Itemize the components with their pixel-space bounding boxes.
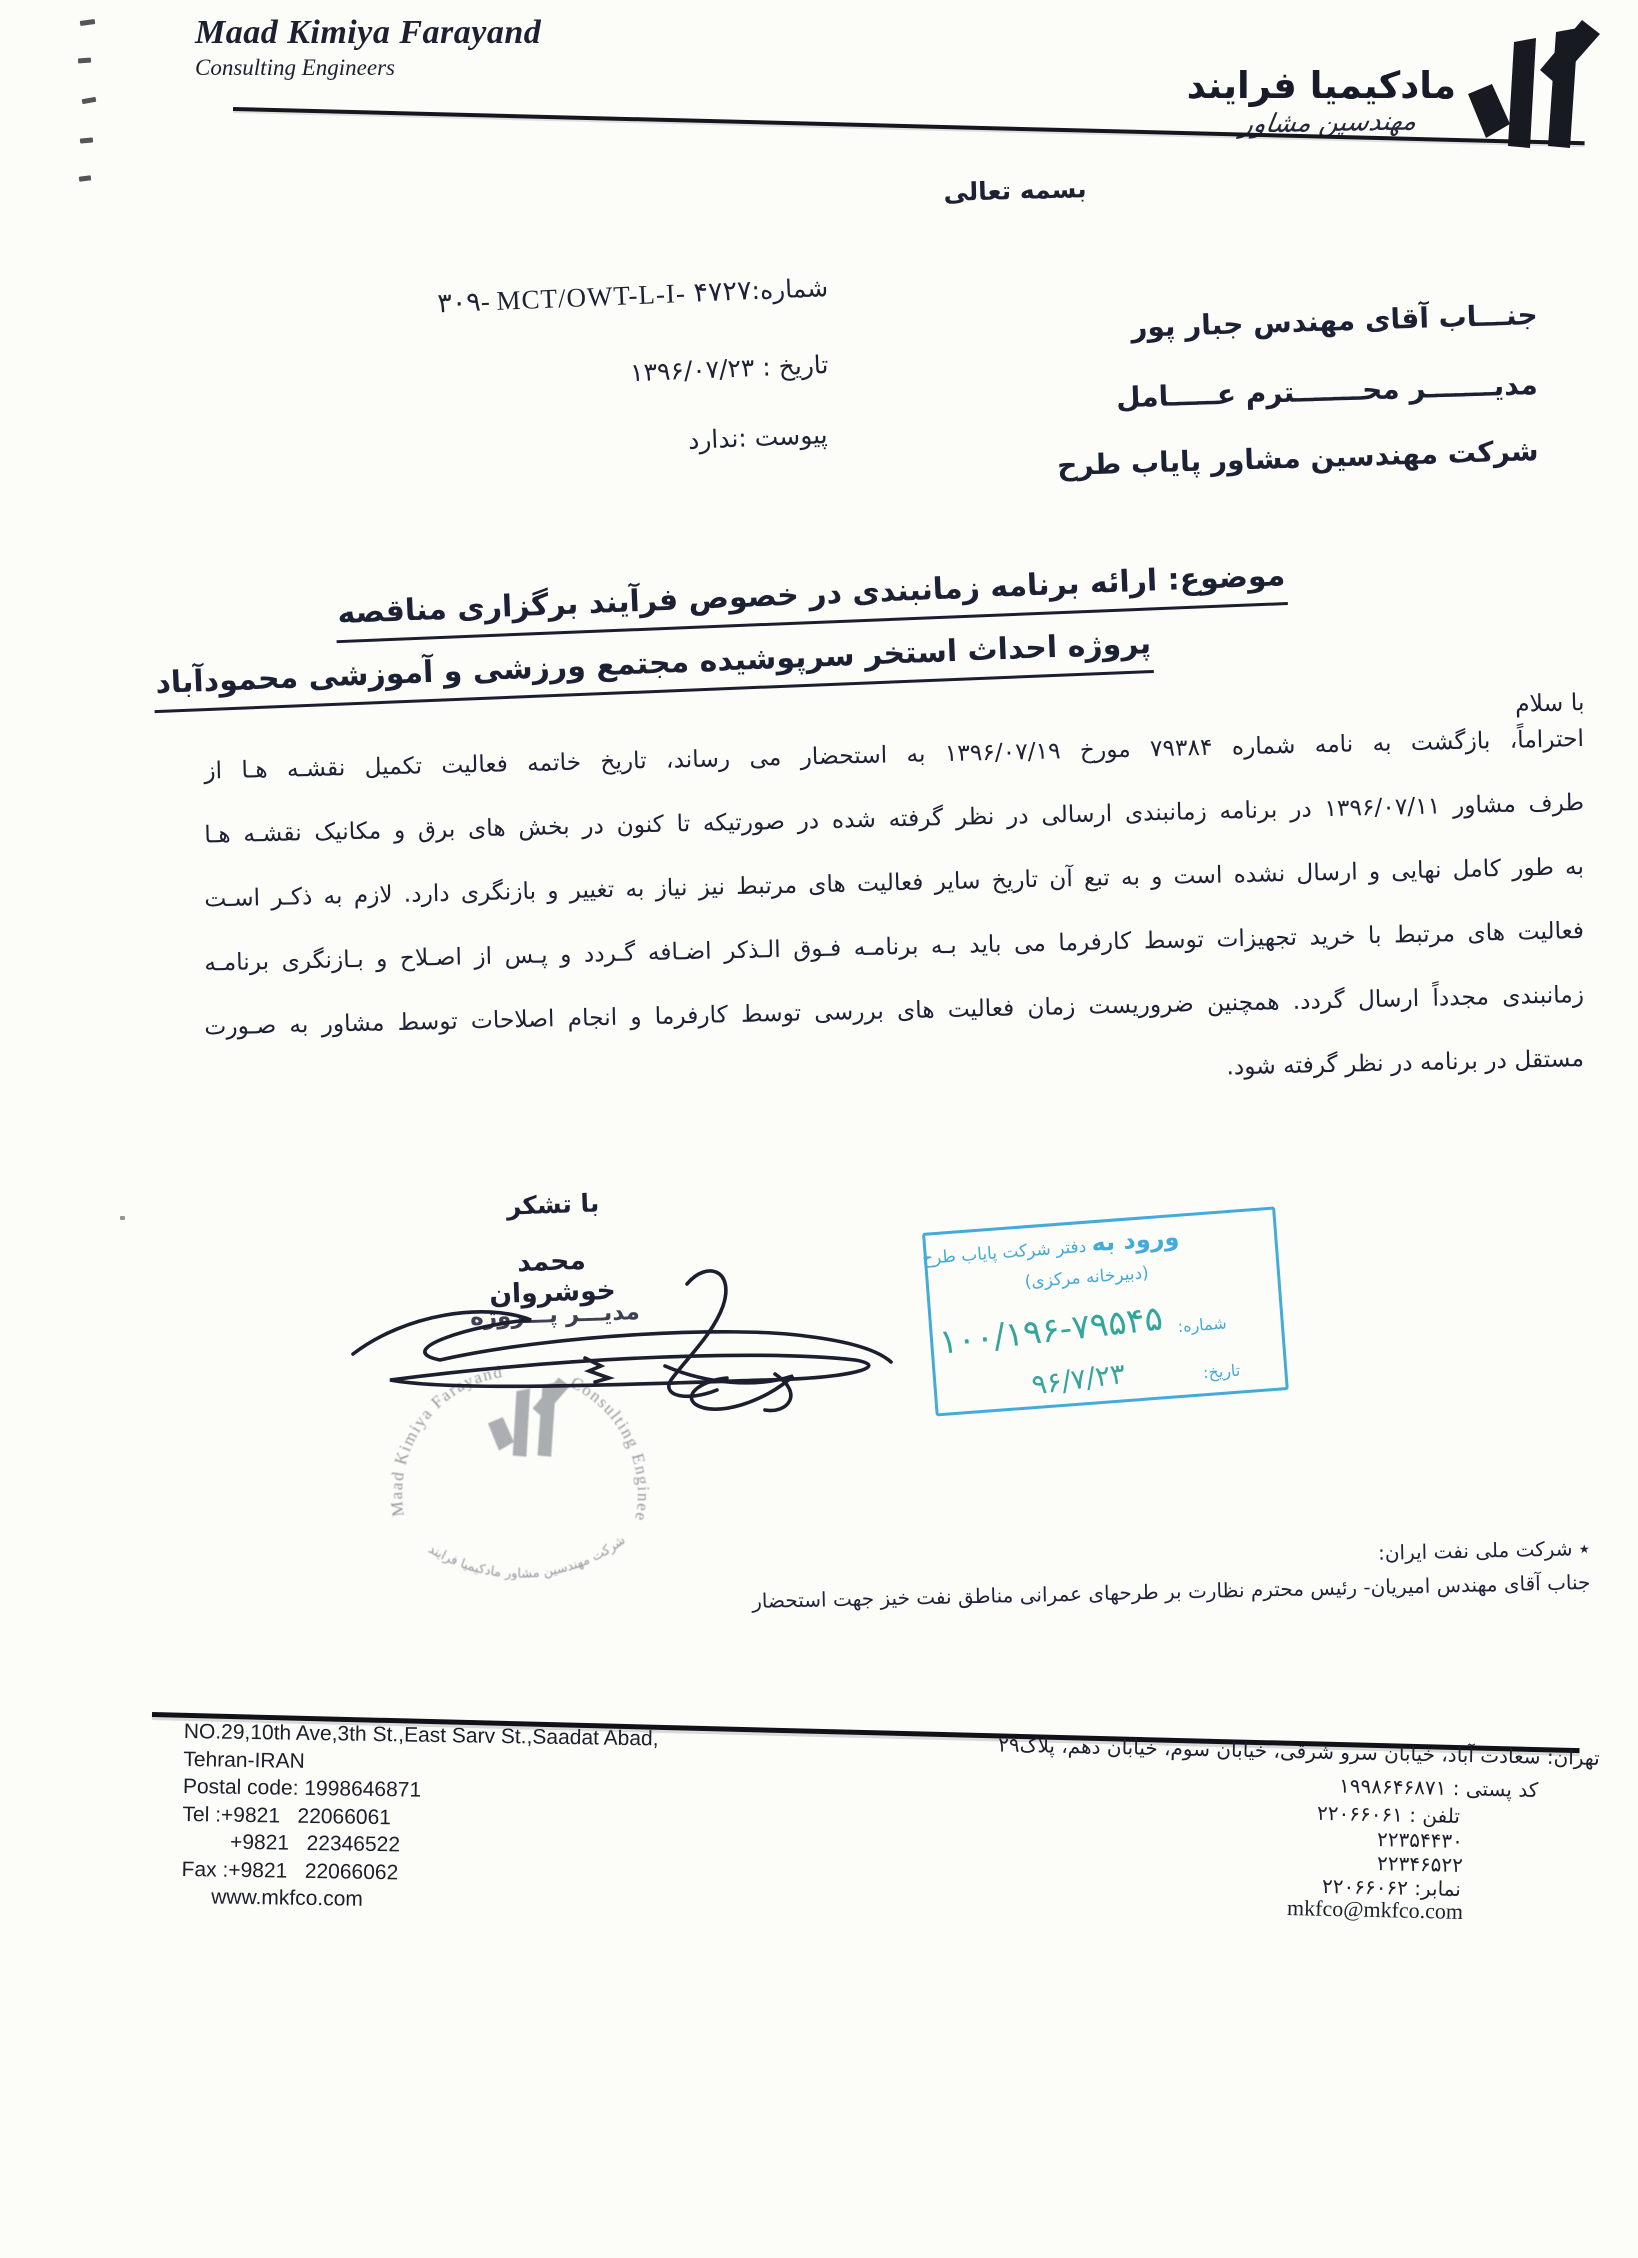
footer-fa-address: تهران: سعادت آباد، خیابان سرو شرقی، خیاب… <box>998 1732 1600 1770</box>
entry-stamp-subtitle: (دبیرخانه مرکزی) <box>1024 1263 1149 1292</box>
entry-stamp-number-label: شماره: <box>1177 1313 1227 1336</box>
stamp-arc-bottom-text: شرکت مهندسین مشاور مادکیمیا فرایند <box>426 1533 629 1580</box>
entry-stamp-date-value: ۹۶/۷/۲۳ <box>1030 1357 1127 1402</box>
footer-address-english: NO.29,10th Ave,3th St.,East Sarv St.,Saa… <box>181 1720 659 1920</box>
footer-email: mkfco@mkfco.com <box>1287 1895 1464 1925</box>
body-line: زمانبندی مجدداً ارسال گردد. همچنین ضروری… <box>204 978 1584 1045</box>
company-logo-mark-icon <box>1452 8 1602 153</box>
recipient-company: شرکت مهندسین مشاور پایاب طرح <box>1056 434 1538 482</box>
letter-number-value: ۳۰۹- MCT/OWT-L-I- ۴۷۲۷ <box>437 275 752 318</box>
entry-stamp-date-label: تاریخ: <box>1202 1361 1241 1383</box>
body-line: احتراماً، بازگشت به نامه شماره ۷۹۳۸۴ مور… <box>204 722 1584 789</box>
letter-attachment-line: پیوست :ندارد <box>688 420 829 455</box>
body-line: فعالیت های مرتبط با خرید تجهیزات توسط کا… <box>204 914 1584 981</box>
body-line: طرف مشاور ۱۳۹۶/۰۷/۱۱ در برنامه زمانبندی … <box>204 786 1584 853</box>
scan-artifact <box>80 137 93 143</box>
invocation-besmellah: بسمه تعالی <box>930 174 1101 207</box>
letter-number-line: شماره:۳۰۹- MCT/OWT-L-I- ۴۷۲۷ <box>437 272 829 319</box>
company-name-english: Maad Kimiya Farayand <box>195 14 541 52</box>
footer-website: www.mkfco.com <box>181 1885 656 1916</box>
footer-en-postal-code: Postal code: 1998646871 <box>183 1775 658 1806</box>
footer-en-address-line2: Tehran-IRAN <box>183 1747 658 1778</box>
letter-date-value: ۱۳۹۶/۰۷/۲۳ <box>629 353 754 387</box>
company-tagline-english: Consulting Engineers <box>195 55 541 81</box>
footer-en-tel-1: Tel :+9821 22066061 <box>182 1802 657 1833</box>
svg-text:شرکت مهندسین مشاور مادکیمیا فر: شرکت مهندسین مشاور مادکیمیا فرایند <box>426 1533 629 1580</box>
subject-line-2: پروژه احداث استخر سرپوشیده مجتمع ورزشی و… <box>152 626 1153 713</box>
scan-artifact <box>120 1216 125 1220</box>
scan-artifact <box>78 58 91 64</box>
footer-fa-tel-2: ۲۲۳۵۴۴۳۰ <box>1377 1827 1463 1853</box>
letterhead-english: Maad Kimiya Farayand Consulting Engineer… <box>195 14 541 81</box>
footer-fa-tel-3: ۲۲۳۴۶۵۲۲ <box>1377 1851 1463 1877</box>
scanned-letter-page: Maad Kimiya Farayand Consulting Engineer… <box>0 0 1638 2258</box>
letter-attachment-value: ندارد <box>688 424 739 455</box>
cc-recipient-org: ٭ شرکت ملی نفت ایران: <box>1378 1536 1590 1565</box>
footer-fa-postal-code: کد پستی : ۱۹۹۸۶۴۶۸۷۱ <box>1338 1773 1538 1802</box>
cc-recipient-detail: جناب آقای مهندس امیریان- رئیس محترم نظار… <box>752 1570 1591 1613</box>
footer-en-fax: Fax :+9821 22066062 <box>181 1857 656 1888</box>
company-name-farsi: مادکیمیا فرایند <box>1187 64 1456 107</box>
entry-registration-stamp: ورود به دفتر شرکت پایاب طرح (دبیرخانه مر… <box>922 1206 1289 1416</box>
letter-date-line: تاریخ : ۱۳۹۶/۰۷/۲۳ <box>629 350 828 387</box>
letter-number-label: شماره: <box>751 273 829 305</box>
scan-artifact <box>80 19 96 26</box>
scan-artifact <box>82 97 97 104</box>
entry-stamp-number-value: ۱۰۰/۱۹۶-۷۹۵۴۵ <box>937 1298 1165 1362</box>
footer-fa-tel-1: تلفن : ۲۲۰۶۶۰۶۱ <box>1317 1801 1460 1828</box>
footer-en-tel-2: +9821 22346522 <box>182 1830 657 1861</box>
body-line: مستقل در برنامه در نظر گرفته شود. <box>204 1042 1584 1109</box>
recipient-name: جنـــاب آقای مهندس جبار پور <box>1131 298 1538 344</box>
closing-thanks: با تشکر <box>498 1188 609 1221</box>
letter-date-label: تاریخ : <box>753 350 828 382</box>
body-line: به طور کامل نهایی و ارسال نشده است و به … <box>204 850 1584 917</box>
salutation: با سلام <box>1514 688 1584 718</box>
scan-artifact <box>79 175 92 181</box>
recipient-title: مدیـــــــر محـــــــترم عـــــامل <box>1116 368 1538 414</box>
letter-attachment-label: پیوست : <box>738 420 828 453</box>
handwritten-signature <box>335 1262 895 1432</box>
